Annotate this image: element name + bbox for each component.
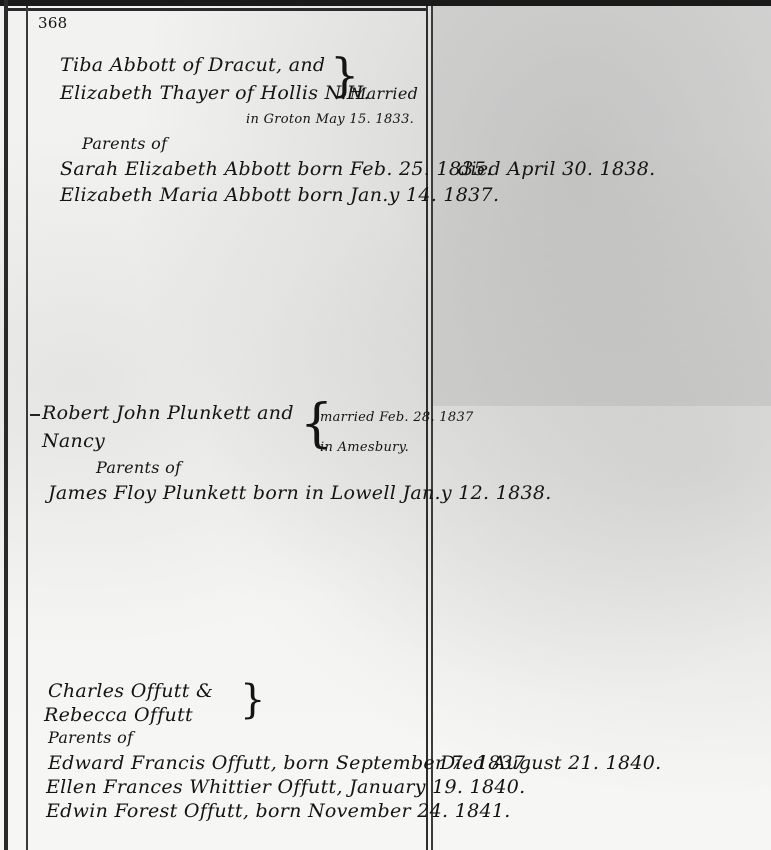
column-divider: [426, 6, 428, 850]
top-rule: [8, 8, 428, 11]
couple-line-2: Rebecca Offutt: [44, 704, 193, 726]
page-number: 368: [38, 14, 68, 32]
child-record: Ellen Frances Whittier Offutt, January 1…: [46, 776, 525, 798]
couple-line-1: Robert John Plunkett and: [42, 402, 294, 424]
parents-of-label: Parents of: [48, 728, 133, 747]
left-margin-rule: [4, 0, 8, 850]
column-divider-secondary: [431, 6, 433, 850]
married-label: married Feb. 28. 1837: [320, 410, 474, 425]
couple-line-1: Tiba Abbott of Dracut, and: [60, 54, 325, 76]
married-place-date: in Amesbury.: [320, 440, 409, 455]
ledger-page: 368 Tiba Abbott of Dracut, and Elizabeth…: [0, 0, 771, 850]
right-column-shading: [433, 6, 771, 406]
child-record: Elizabeth Maria Abbott born Jan.y 14. 18…: [60, 184, 499, 206]
couple-line-1: Charles Offutt &: [48, 680, 213, 702]
married-place-date: in Groton May 15. 1833.: [246, 112, 414, 127]
parents-of-label: Parents of: [96, 458, 181, 477]
child-record: James Floy Plunkett born in Lowell Jan.y…: [48, 482, 552, 504]
death-record: died April 30. 1838.: [458, 158, 656, 180]
couple-line-2: Nancy: [42, 430, 105, 452]
parents-of-label: Parents of: [82, 134, 167, 153]
married-label: Married: [350, 84, 418, 103]
death-record: Died August 21. 1840.: [440, 752, 662, 774]
child-record: Sarah Elizabeth Abbott born Feb. 25. 183…: [60, 158, 492, 180]
couple-line-2: Elizabeth Thayer of Hollis N.H.: [60, 82, 370, 104]
child-record: Edwin Forest Offutt, born November 24. 1…: [46, 800, 511, 822]
brace: }: [240, 680, 265, 720]
entry-dash-mark: [30, 414, 40, 416]
left-inner-rule: [26, 6, 28, 850]
